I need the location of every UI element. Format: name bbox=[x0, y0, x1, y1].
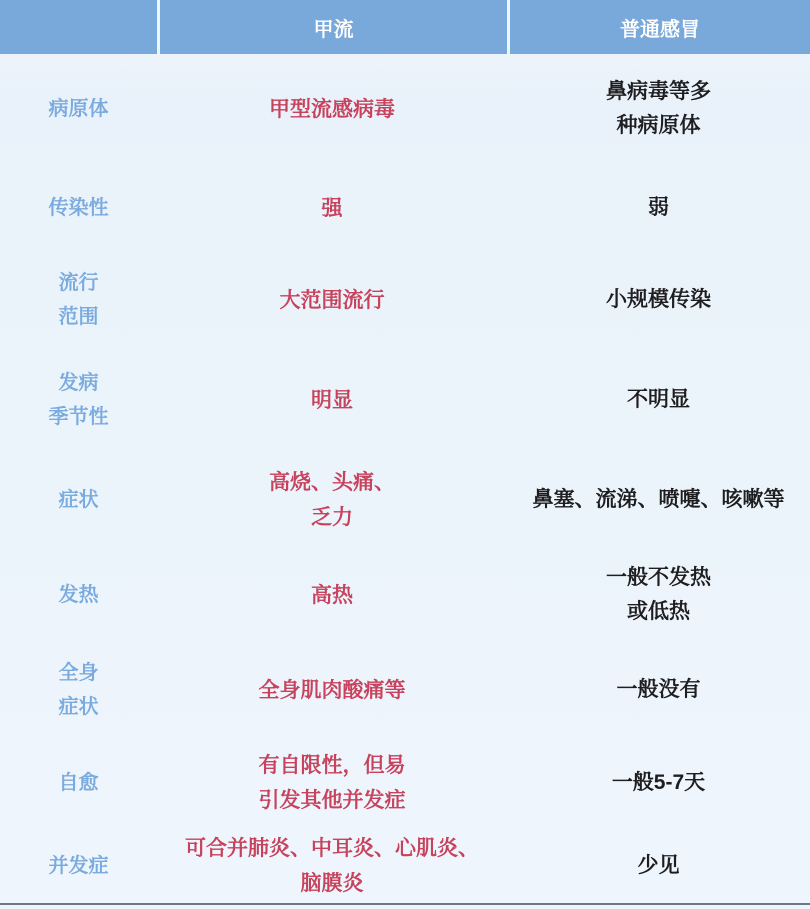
table-row-pathogen: 病原体 甲型流感病毒 鼻病毒等多 种病原体 bbox=[0, 54, 810, 164]
header-cell-blank bbox=[0, 0, 157, 54]
cold-value: 小规模传染 bbox=[507, 252, 810, 348]
row-label: 自愈 bbox=[0, 738, 157, 828]
row-label: 传染性 bbox=[0, 164, 157, 252]
row-label: 全身 症状 bbox=[0, 642, 157, 738]
row-label: 症状 bbox=[0, 452, 157, 548]
cold-value: 鼻病毒等多 种病原体 bbox=[507, 54, 810, 164]
table-row-seasonality: 发病 季节性 明显 不明显 bbox=[0, 348, 810, 452]
row-label: 病原体 bbox=[0, 54, 157, 164]
cold-value: 一般没有 bbox=[507, 642, 810, 738]
flu-value: 强 bbox=[157, 164, 507, 252]
table-row-systemic-symptoms: 全身 症状 全身肌肉酸痛等 一般没有 bbox=[0, 642, 810, 738]
table-row-complications: 并发症 可合并肺炎、中耳炎、心肌炎、 脑膜炎 少见 bbox=[0, 828, 810, 903]
header-cell-cold: 普通感冒 bbox=[507, 0, 810, 54]
cold-value: 弱 bbox=[507, 164, 810, 252]
flu-value: 明显 bbox=[157, 348, 507, 452]
table-header-row: 甲流 普通感冒 bbox=[0, 0, 810, 54]
row-label: 并发症 bbox=[0, 828, 157, 903]
flu-value: 全身肌肉酸痛等 bbox=[157, 642, 507, 738]
table-row-epidemic-scope: 流行 范围 大范围流行 小规模传染 bbox=[0, 252, 810, 348]
table-row-self-healing: 自愈 有自限性，但易 引发其他并发症 一般5-7天 bbox=[0, 738, 810, 828]
flu-value: 大范围流行 bbox=[157, 252, 507, 348]
cold-value: 鼻塞、流涕、喷嚏、咳嗽等 bbox=[507, 452, 810, 548]
comparison-table: 甲流 普通感冒 病原体 甲型流感病毒 鼻病毒等多 种病原体 传染性 强 弱 流行… bbox=[0, 0, 810, 909]
flu-value: 有自限性，但易 引发其他并发症 bbox=[157, 738, 507, 828]
table-row-fever: 发热 高热 一般不发热 或低热 bbox=[0, 548, 810, 642]
table-row-symptoms: 症状 高烧、头痛、 乏力 鼻塞、流涕、喷嚏、咳嗽等 bbox=[0, 452, 810, 548]
cold-value: 不明显 bbox=[507, 348, 810, 452]
row-label: 发热 bbox=[0, 548, 157, 642]
cold-value: 一般5-7天 bbox=[507, 738, 810, 828]
bottom-rule bbox=[0, 903, 810, 905]
flu-value: 可合并肺炎、中耳炎、心肌炎、 脑膜炎 bbox=[157, 828, 507, 903]
row-label: 流行 范围 bbox=[0, 252, 157, 348]
table-row-infectivity: 传染性 强 弱 bbox=[0, 164, 810, 252]
cold-value: 一般不发热 或低热 bbox=[507, 548, 810, 642]
flu-value: 高热 bbox=[157, 548, 507, 642]
flu-value: 甲型流感病毒 bbox=[157, 54, 507, 164]
row-label: 发病 季节性 bbox=[0, 348, 157, 452]
header-cell-flu: 甲流 bbox=[157, 0, 507, 54]
flu-value: 高烧、头痛、 乏力 bbox=[157, 452, 507, 548]
cold-value: 少见 bbox=[507, 828, 810, 903]
